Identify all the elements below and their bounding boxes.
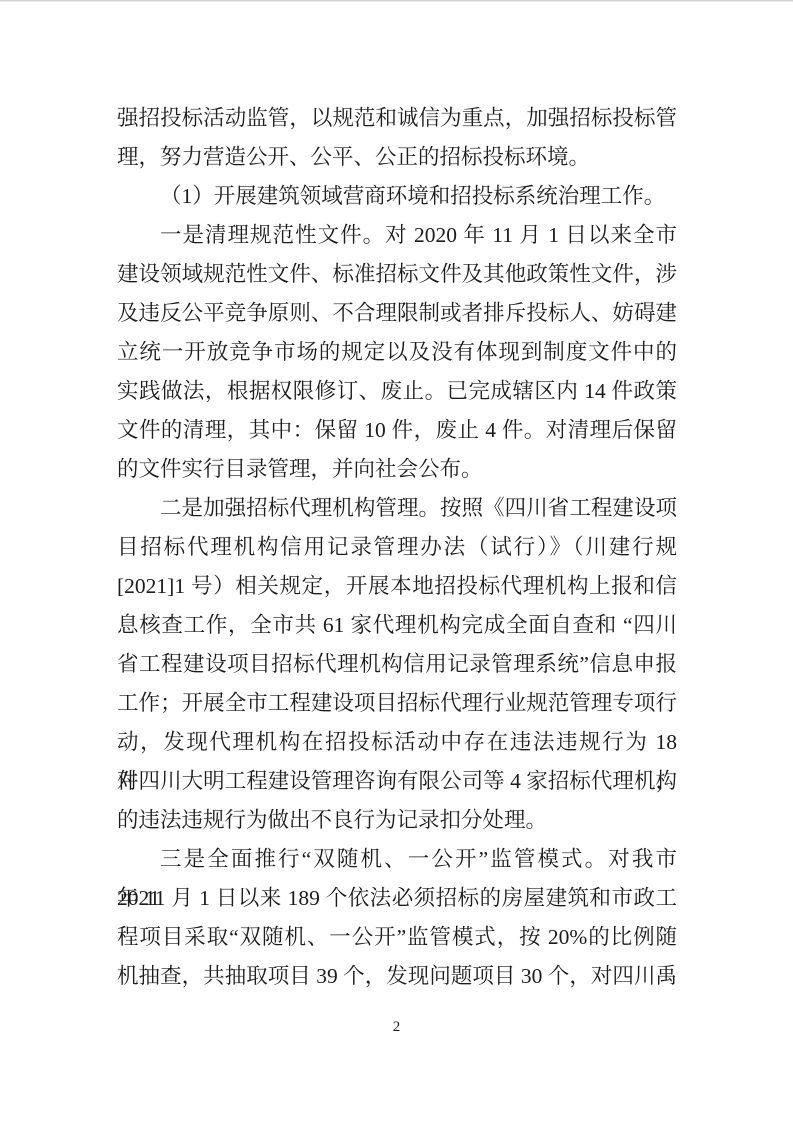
text-line: 强招投标活动监管，以规范和诚信为重点，加强招标投标管	[117, 99, 677, 138]
text-line: 工作；开展全市工程建设项目招标代理行业规范管理专项行	[117, 684, 677, 723]
text-line: 建设领域规范性文件、标准招标文件及其他政策性文件，涉	[117, 255, 677, 294]
document-page: 强招投标活动监管，以规范和诚信为重点，加强招标投标管 理，努力营造公开、公平、公…	[0, 0, 793, 1122]
text-line: 及违反公平竞争原则、不合理限制或者排斥投标人、妨碍建	[117, 294, 677, 333]
text-line: 息核查工作，全市共 61 家代理机构完成全面自查和 “四川	[117, 606, 677, 645]
text-line: 机抽查，共抽取项目 39 个，发现问题项目 30 个，对四川禹	[117, 957, 677, 996]
text-line: 目招标代理机构信用记录管理办法（试行）》（川建行规	[117, 528, 677, 567]
scan-edge-artifact	[0, 0, 793, 2]
text-line: 立统一开放竞争市场的规定以及没有体现到制度文件中的	[117, 333, 677, 372]
text-line: 程项目采取“双随机、一公开”监管模式，按 20%的比例随	[117, 918, 677, 957]
text-line: （1）开展建筑领域营商环境和招投标系统治理工作。	[117, 177, 677, 216]
text-line: 实践做法，根据权限修订、废止。已完成辖区内 14 件政策	[117, 372, 677, 411]
text-line: 的违法违规行为做出不良行为记录扣分处理。	[117, 801, 677, 840]
page-number: 2	[0, 1019, 793, 1036]
text-line: 理，努力营造公开、公平、公正的招标投标环境。	[117, 138, 677, 177]
text-line: 二是加强招标代理机构管理。按照《四川省工程建设项	[117, 489, 677, 528]
text-line: 动，发现代理机构在招投标活动中存在违法违规行为 18 件，	[117, 723, 677, 762]
document-body: 强招投标活动监管，以规范和诚信为重点，加强招标投标管 理，努力营造公开、公平、公…	[117, 99, 677, 996]
text-line: 文件的清理，其中：保留 10 件，废止 4 件。对清理后保留	[117, 411, 677, 450]
text-line: 三是全面推行“双随机、一公开”监管模式。对我市 2021	[117, 840, 677, 879]
text-line: [2021]1 号）相关规定，开展本地招投标代理机构上报和信	[117, 567, 677, 606]
text-line: 对四川大明工程建设管理咨询有限公司等 4 家招标代理机构	[117, 762, 677, 801]
text-line: 省工程建设项目招标代理机构信用记录管理系统”信息申报	[117, 645, 677, 684]
text-line: 一是清理规范性文件。对 2020 年 11 月 1 日以来全市	[117, 216, 677, 255]
text-line: 的文件实行目录管理，并向社会公布。	[117, 450, 677, 489]
text-line: 年 11 月 1 日以来 189 个依法必须招标的房屋建筑和市政工	[117, 879, 677, 918]
